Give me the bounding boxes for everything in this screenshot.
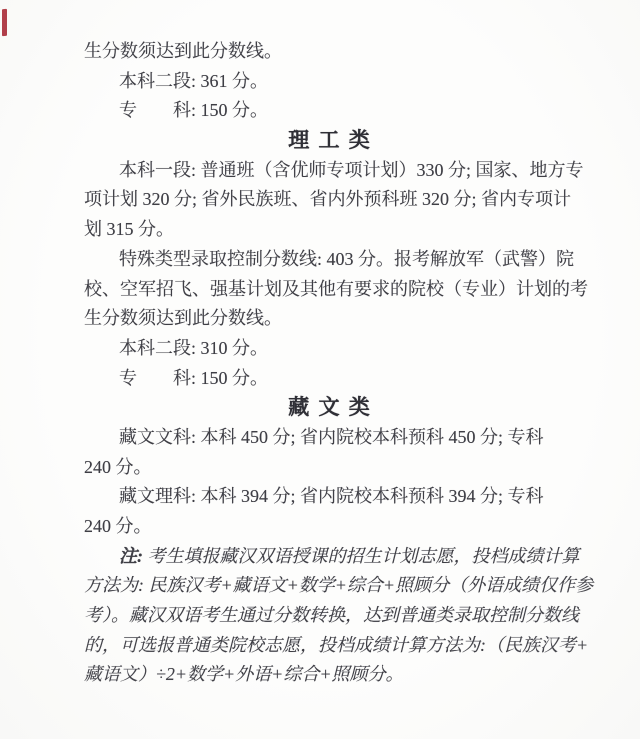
- text-line: 特殊类型录取控制分数线: 403 分。报考解放军（武警）院: [84, 245, 576, 275]
- note-line: 的，可选报普通类院校志愿，投档成绩计算方法为:（民族汉考+: [84, 631, 576, 661]
- section-heading: 藏 文 类: [84, 393, 576, 423]
- text-line: 项计划 320 分; 省外民族班、省内外预科班 320 分; 省内专项计: [84, 185, 576, 215]
- text-line: 本科二段: 361 分。: [84, 67, 576, 97]
- text-line: 划 315 分。: [84, 215, 576, 245]
- text-line: 藏文理科: 本科 394 分; 省内院校本科预科 394 分; 专科: [84, 482, 576, 512]
- note-label: 注:: [119, 546, 143, 566]
- scanned-document-page: 生分数须达到此分数线。本科二段: 361 分。专 科: 150 分。理 工 类本…: [0, 0, 640, 739]
- text-line: 240 分。: [84, 512, 576, 542]
- red-edge-mark: [2, 9, 7, 36]
- note-line: 藏语文）÷2+数学+外语+综合+照顾分。: [84, 660, 576, 690]
- note-line: 考）。藏汉双语考生通过分数转换，达到普通类录取控制分数线: [84, 601, 576, 631]
- note-line: 方法为: 民族汉考+藏语文+数学+综合+照顾分（外语成绩仅作参: [84, 571, 576, 601]
- text-line: 生分数须达到此分数线。: [84, 37, 576, 67]
- text-line: 专 科: 150 分。: [84, 364, 576, 394]
- text-line: 240 分。: [84, 453, 576, 483]
- text-line: 校、空军招飞、强基计划及其他有要求的院校（专业）计划的考: [84, 275, 576, 305]
- section-heading: 理 工 类: [84, 126, 576, 156]
- text-line: 本科一段: 普通班（含优师专项计划）330 分; 国家、地方专: [84, 156, 576, 186]
- text-line: 生分数须达到此分数线。: [84, 304, 576, 334]
- note-line: 注: 考生填报藏汉双语授课的招生计划志愿，投档成绩计算: [84, 542, 576, 572]
- text-line: 本科二段: 310 分。: [84, 334, 576, 364]
- text-line: 专 科: 150 分。: [84, 96, 576, 126]
- document-body: 生分数须达到此分数线。本科二段: 361 分。专 科: 150 分。理 工 类本…: [84, 37, 576, 690]
- text-line: 藏文文科: 本科 450 分; 省内院校本科预科 450 分; 专科: [84, 423, 576, 453]
